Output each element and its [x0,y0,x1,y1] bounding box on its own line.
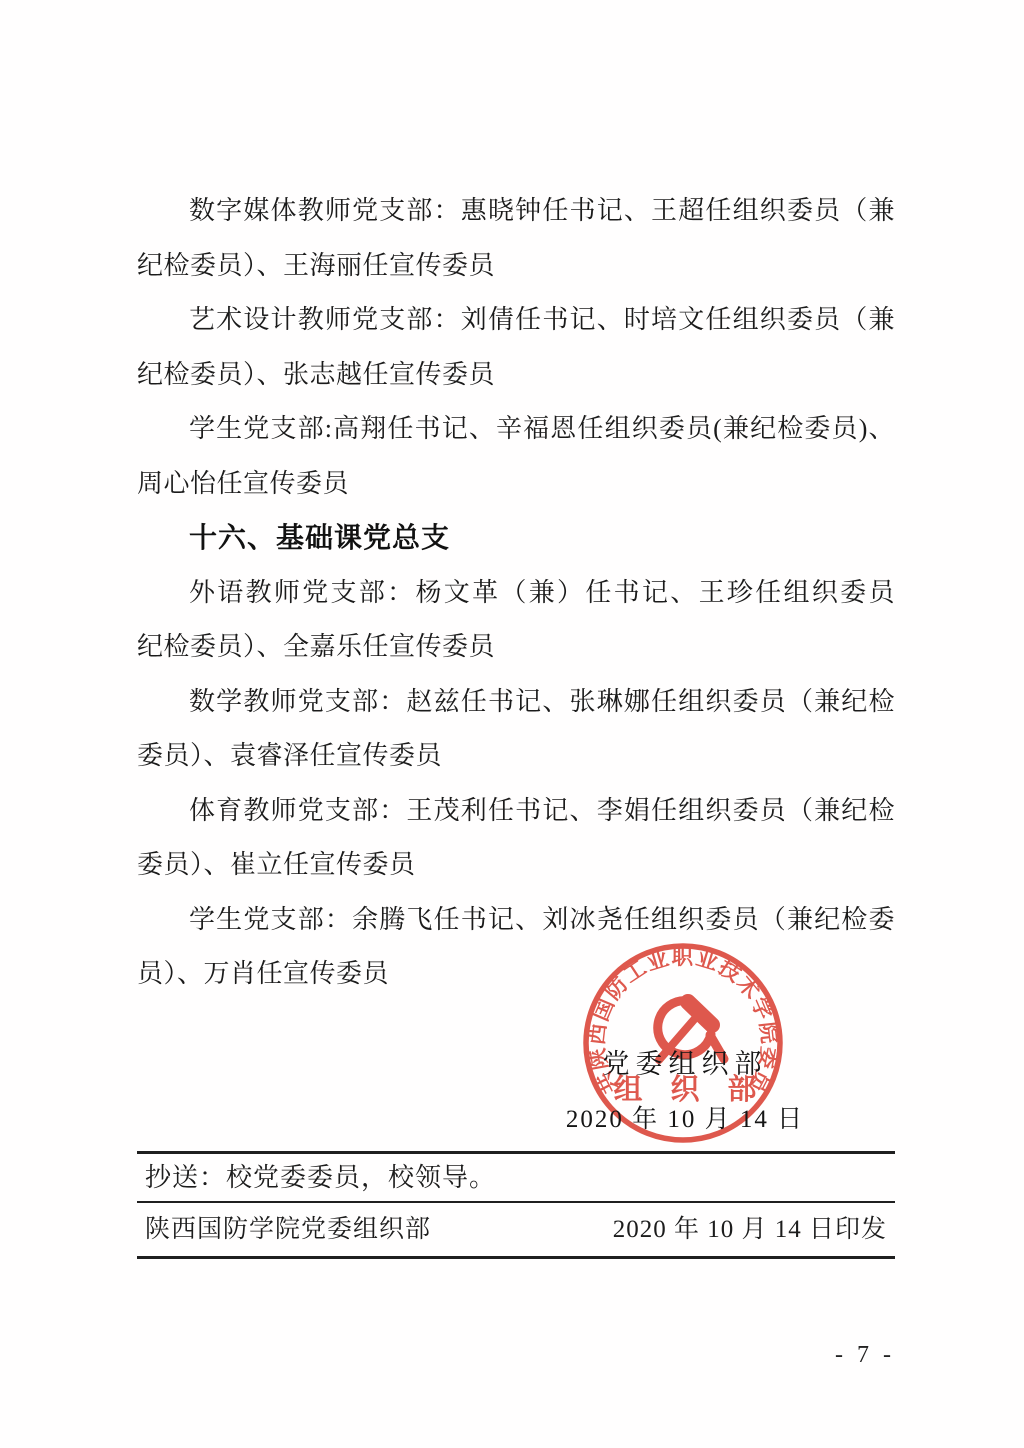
body-line: 外语教师党支部：杨文革（兼）任书记、王珍任组织委员（兼 [137,566,895,621]
body-line: 纪检委员）、全嘉乐任宣传委员 [137,620,895,675]
footer-divider-bottom [137,1256,895,1259]
body-line: 艺术设计教师党支部：刘倩任书记、时培文任组织委员（兼 [137,293,895,348]
footer-divider-top [137,1151,895,1154]
signature-department: 党委组织部 [560,1044,810,1084]
document-body: 数字媒体教师党支部：惠晓钟任书记、王超任组织委员（兼 纪检委员）、王海丽任宣传委… [137,184,895,1002]
copy-to-row: 抄送：校党委委员，校领导。 [145,1159,887,1197]
document-page: 数字媒体教师党支部：惠晓钟任书记、王超任组织委员（兼 纪检委员）、王海丽任宣传委… [0,0,1024,1448]
body-line: 纪检委员）、张志越任宣传委员 [137,348,895,403]
footer-divider-middle [137,1201,895,1203]
signature-date: 2020 年 10 月 14 日 [555,1102,815,1138]
body-line: 数字媒体教师党支部：惠晓钟任书记、王超任组织委员（兼 [137,184,895,239]
print-date: 2020 年 10 月 14 日印发 [613,1210,887,1250]
page-number: - 7 - [810,1342,920,1369]
body-line: 周心怡任宣传委员 [137,457,895,512]
body-line: 纪检委员）、王海丽任宣传委员 [137,239,895,294]
issuer-name: 陕西国防学院党委组织部 [145,1210,431,1250]
body-line: 数学教师党支部：赵兹任书记、张琳娜任组织委员（兼纪检 [137,675,895,730]
section-heading: 十六、基础课党总支 [137,511,895,566]
issue-row: 陕西国防学院党委组织部 2020 年 10 月 14 日印发 [145,1210,887,1250]
body-line: 学生党支部:高翔任书记、辛福恩任组织委员(兼纪检委员)、 [137,402,895,457]
body-line: 委员）、崔立任宣传委员 [137,838,895,893]
body-line: 体育教师党支部：王茂利任书记、李娟任组织委员（兼纪检 [137,784,895,839]
body-line: 委员）、袁睿泽任宣传委员 [137,729,895,784]
